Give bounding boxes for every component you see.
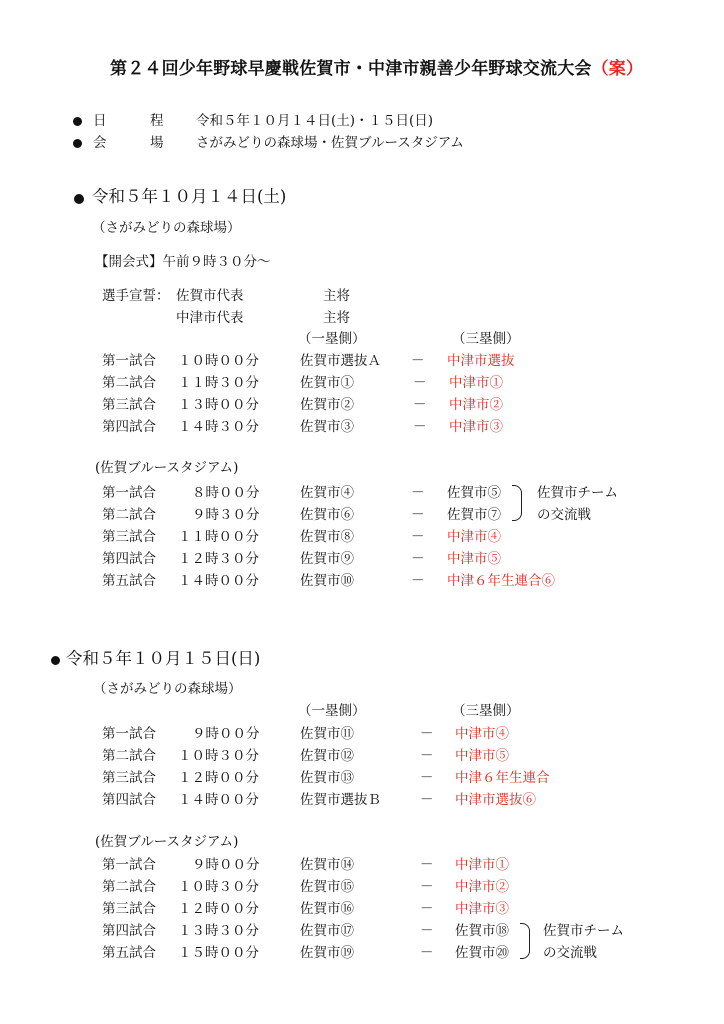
first-base-side-header: （一塁側） xyxy=(298,333,366,347)
oath-role: 主将 xyxy=(323,312,350,326)
home-team: 佐賀市選抜Ｂ xyxy=(300,794,381,808)
oath-label: 選手宣誓： xyxy=(102,290,170,304)
exchange-note-line1: 佐賀市チーム xyxy=(543,925,624,939)
brace-icon xyxy=(512,485,522,521)
first-base-side-header: （一塁側） xyxy=(298,705,366,719)
venue-heading: （さがみどりの森球場） xyxy=(93,683,242,697)
game-label: 第四試合 xyxy=(102,421,156,435)
third-base-side-header: （三塁側） xyxy=(452,705,520,719)
versus-dash: － xyxy=(411,553,425,567)
away-team: 佐賀市⑤ xyxy=(447,487,501,501)
info-label-venue-a: 会 xyxy=(93,137,107,151)
game-time: １１時３０分 xyxy=(178,377,259,391)
game-label: 第四試合 xyxy=(102,553,156,567)
game-time: １４時３０分 xyxy=(178,421,259,435)
home-team: 佐賀市④ xyxy=(300,487,354,501)
versus-dash: － xyxy=(413,421,427,435)
home-team: 佐賀市⑰ xyxy=(300,925,354,939)
versus-dash: － xyxy=(420,794,434,808)
game-time: ９時００分 xyxy=(192,859,260,873)
game-time: １１時００分 xyxy=(178,531,259,545)
home-team: 佐賀市① xyxy=(300,377,354,391)
away-team: 中津６年生連合 xyxy=(455,772,550,786)
exchange-note-line2: の交流戦 xyxy=(537,509,591,523)
home-team: 佐賀市⑲ xyxy=(300,947,354,961)
home-team: 佐賀市⑭ xyxy=(300,859,354,873)
info-label-venue-b: 場 xyxy=(150,137,164,151)
third-base-side-header: （三塁側） xyxy=(452,333,520,347)
game-label: 第四試合 xyxy=(102,794,156,808)
info-label-date-a: 日 xyxy=(93,115,107,129)
game-time: １２時００分 xyxy=(178,903,259,917)
exchange-note-line1: 佐賀市チーム xyxy=(537,487,618,501)
opening-ceremony: 【開会式】午前９時３０分～ xyxy=(95,256,271,270)
home-team: 佐賀市⑯ xyxy=(300,903,354,917)
game-time: １０時００分 xyxy=(178,355,259,369)
home-team: 佐賀市⑪ xyxy=(300,728,354,742)
oath-team: 中津市代表 xyxy=(176,312,244,326)
away-team: 中津市④ xyxy=(455,728,509,742)
info-label-date-b: 程 xyxy=(150,115,164,129)
game-label: 第一試合 xyxy=(102,355,156,369)
away-team: 中津市⑤ xyxy=(455,750,509,764)
game-label: 第三試合 xyxy=(102,772,156,786)
versus-dash: － xyxy=(411,531,425,545)
away-team: 佐賀市⑦ xyxy=(447,509,501,523)
home-team: 佐賀市⑫ xyxy=(300,750,354,764)
away-team: 中津市③ xyxy=(449,421,503,435)
home-team: 佐賀市⑨ xyxy=(300,553,354,567)
game-label: 第五試合 xyxy=(102,575,156,589)
game-label: 第三試合 xyxy=(102,903,156,917)
game-time: １２時３０分 xyxy=(178,553,259,567)
game-label: 第一試合 xyxy=(102,859,156,873)
game-label: 第二試合 xyxy=(102,509,156,523)
home-team: 佐賀市③ xyxy=(300,421,354,435)
document-title: 第２４回少年野球早慶戦佐賀市・中津市親善少年野球交流大会（案） xyxy=(110,61,643,78)
game-time: ９時００分 xyxy=(192,728,260,742)
away-team: 佐賀市⑳ xyxy=(455,947,509,961)
versus-dash: － xyxy=(411,487,425,501)
versus-dash: － xyxy=(413,377,427,391)
away-team: 中津市④ xyxy=(447,531,501,545)
game-label: 第四試合 xyxy=(102,925,156,939)
game-time: ８時００分 xyxy=(192,487,260,501)
oath-role: 主将 xyxy=(323,290,350,304)
game-label: 第二試合 xyxy=(102,881,156,895)
versus-dash: － xyxy=(420,772,434,786)
home-team: 佐賀市選抜Ａ xyxy=(300,355,381,369)
away-team: 中津市① xyxy=(449,377,503,391)
versus-dash: － xyxy=(420,925,434,939)
game-time: １０時３０分 xyxy=(178,750,259,764)
home-team: 佐賀市② xyxy=(300,399,354,413)
game-label: 第五試合 xyxy=(102,947,156,961)
venue-heading: (佐賀ブルースタジアム) xyxy=(95,836,238,850)
away-team: 中津市選抜⑥ xyxy=(455,794,536,808)
away-team: 中津市⑤ xyxy=(447,553,501,567)
title-draft-mark: （案） xyxy=(592,59,644,79)
game-label: 第二試合 xyxy=(102,750,156,764)
home-team: 佐賀市⑩ xyxy=(300,575,354,589)
versus-dash: － xyxy=(411,509,425,523)
game-label: 第一試合 xyxy=(102,728,156,742)
home-team: 佐賀市⑬ xyxy=(300,772,354,786)
away-team: 中津市① xyxy=(455,859,509,873)
away-team: 中津市③ xyxy=(455,903,509,917)
away-team: 中津市選抜 xyxy=(447,355,515,369)
bullet-icon xyxy=(73,139,82,148)
versus-dash: － xyxy=(420,728,434,742)
game-label: 第一試合 xyxy=(102,487,156,501)
versus-dash: － xyxy=(411,355,425,369)
game-time: １３時００分 xyxy=(178,399,259,413)
versus-dash: － xyxy=(413,399,427,413)
game-time: １５時００分 xyxy=(178,947,259,961)
day2-date-heading: 令和５年１０月１５日(日) xyxy=(66,651,260,668)
versus-dash: － xyxy=(420,750,434,764)
away-team: 中津市② xyxy=(455,881,509,895)
day1-date-heading: 令和５年１０月１４日(土) xyxy=(92,189,286,206)
versus-dash: － xyxy=(420,881,434,895)
game-time: １０時３０分 xyxy=(178,881,259,895)
game-label: 第三試合 xyxy=(102,531,156,545)
oath-team: 佐賀市代表 xyxy=(176,290,244,304)
versus-dash: － xyxy=(420,947,434,961)
home-team: 佐賀市⑥ xyxy=(300,509,354,523)
versus-dash: － xyxy=(411,575,425,589)
versus-dash: － xyxy=(420,859,434,873)
away-team: 佐賀市⑱ xyxy=(455,925,509,939)
versus-dash: － xyxy=(420,903,434,917)
game-time: １３時３０分 xyxy=(178,925,259,939)
bullet-icon xyxy=(51,656,60,665)
venue-heading: （さがみどりの森球場） xyxy=(92,222,241,236)
bullet-icon xyxy=(73,117,82,126)
home-team: 佐賀市⑮ xyxy=(300,881,354,895)
info-value-date: 令和５年１０月１４日(土)・１５日(日) xyxy=(196,115,433,129)
away-team: 中津市② xyxy=(449,399,503,413)
away-team: 中津６年生連合⑥ xyxy=(447,575,555,589)
exchange-note-line2: の交流戦 xyxy=(543,947,597,961)
game-label: 第三試合 xyxy=(102,399,156,413)
title-text: 第２４回少年野球早慶戦佐賀市・中津市親善少年野球交流大会 xyxy=(110,59,592,79)
game-label: 第二試合 xyxy=(102,377,156,391)
venue-heading: (佐賀ブルースタジアム) xyxy=(95,462,238,476)
brace-icon xyxy=(520,923,530,959)
info-value-venue: さがみどりの森球場・佐賀ブルースタジアム xyxy=(196,137,464,151)
game-time: １４時００分 xyxy=(178,794,259,808)
game-time: ９時３０分 xyxy=(192,509,260,523)
game-time: １４時００分 xyxy=(178,575,259,589)
game-time: １２時００分 xyxy=(178,772,259,786)
home-team: 佐賀市⑧ xyxy=(300,531,354,545)
bullet-icon xyxy=(74,194,84,204)
